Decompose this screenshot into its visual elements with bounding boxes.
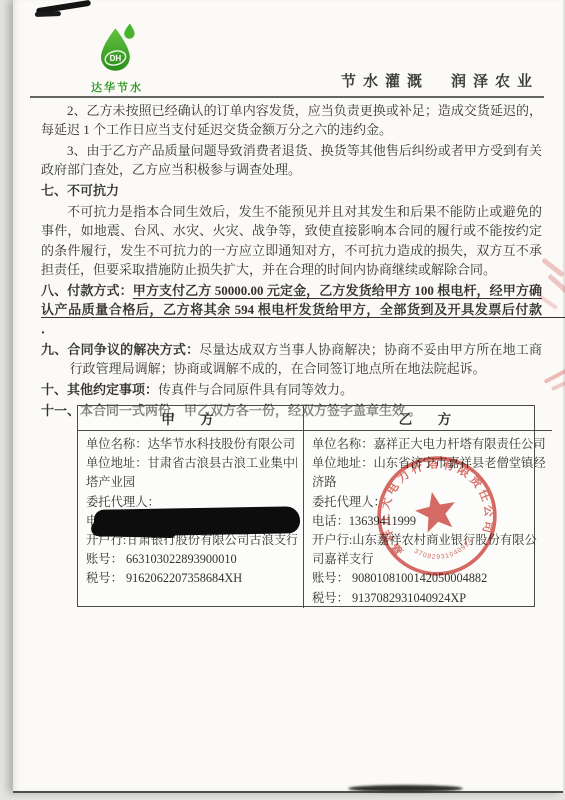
seal-serial: 37082931040924 (412, 536, 478, 567)
logo-caption: 达华节水 (79, 79, 155, 95)
header-rule (30, 96, 544, 98)
clause-2: 2、乙方未按照已经确认的订单内容发货，应当负责更换或补足；造成交货延迟的，每延迟… (41, 101, 542, 140)
table-line: 单位地址：甘肃省古浪县古浪工业集中区双 (86, 454, 297, 473)
clause-3: 3、由于乙方产品质量问题导致消费者退货、换货等其他售后纠纷或者甲方受到有关政府部… (41, 141, 542, 180)
clause-7-heading: 七、不可抗力 (41, 181, 542, 200)
pen-mark (36, 0, 91, 14)
clause-7-body: 不可抗力是指本合同生效后，发生不能预见并且对其发生和后果不能防止或避免的事件，如… (41, 202, 542, 279)
table-line: 账号： 663103022893900010 (86, 550, 297, 569)
edge-stamp-fragment (541, 258, 565, 278)
company-seal: 嘉祥正大电力杆塔有限责任公司 37082931040924 (348, 427, 526, 605)
party-b-header: 乙 方 (304, 406, 552, 431)
seal-star-icon (412, 488, 460, 534)
logo-monogram: DH (110, 54, 122, 63)
table-line: 税号： 9162062207358684XH (86, 569, 297, 588)
letterhead-slogan: 节水灌溉 润泽农业 (341, 70, 539, 91)
water-drop-logo-icon: DH (93, 22, 141, 78)
redaction-mark (94, 506, 300, 537)
clause-9: 九、合同争议的解决方式：尽量达成双方当事人协商解决；协商不妥由甲方所在地工商行政… (41, 340, 542, 379)
scan-smudge (348, 785, 463, 792)
edge-stamp-fragment (547, 274, 565, 298)
svg-text:37082931040924: 37082931040924 (412, 536, 478, 567)
table-line: 塔产业园 (86, 473, 297, 492)
clause-8: 八、付款方式：甲方支付乙方 50000.00 元定金，乙方发货给甲方 100 根… (41, 281, 542, 339)
edge-stamp-fragment (551, 381, 565, 391)
table-line: 单位名称：达华节水科技股份有限公司（章） (86, 435, 297, 454)
party-a-header: 甲 方 (78, 406, 304, 431)
clauses: 2、乙方未按照已经确认的订单内容发货，应当负责更换或补足；造成交货延迟的，每延迟… (41, 101, 542, 422)
contract-page: DH 达华节水 节水灌溉 润泽农业 2、乙方未按照已经确认的订单内容发货，应当负… (13, 0, 563, 793)
clause-10: 十、其他约定事项：传真件与合同原件具有同等效力。 (41, 380, 542, 399)
